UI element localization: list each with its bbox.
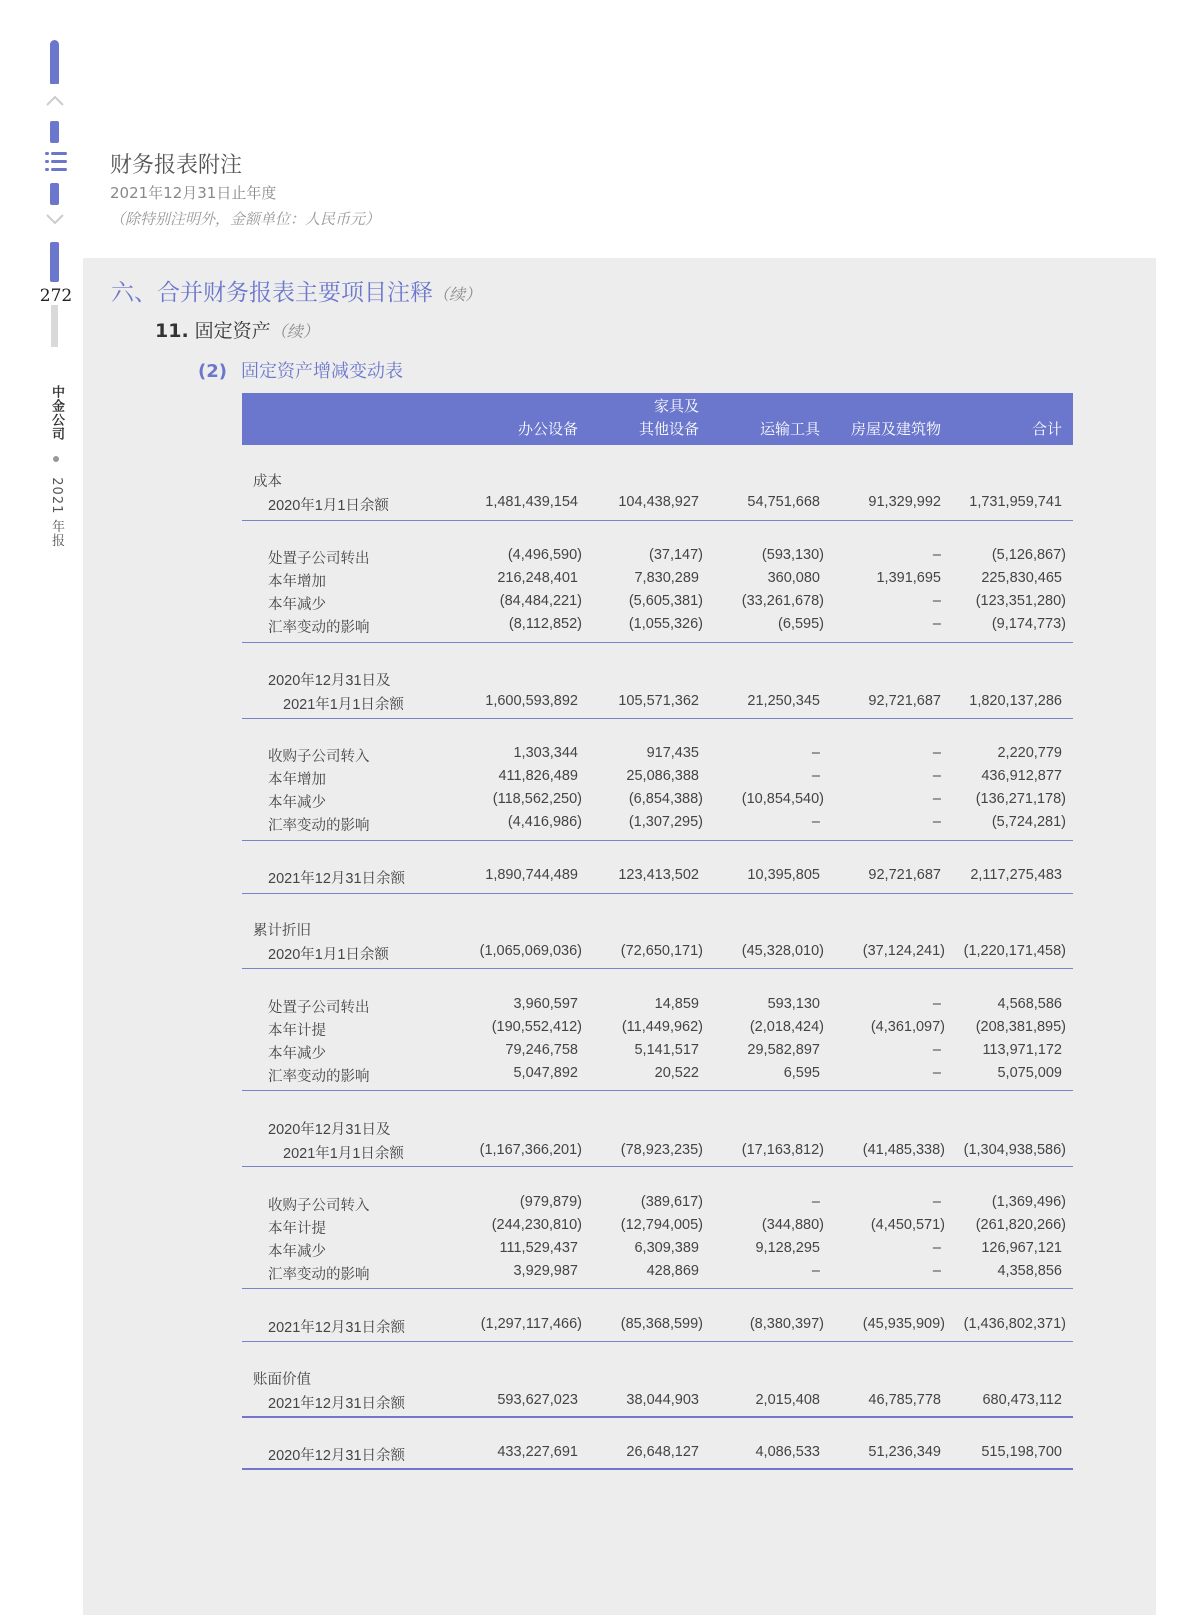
- row-label: 汇率变动的影响: [268, 616, 370, 637]
- row-label: 2021年1月1日余额: [283, 1142, 404, 1163]
- subsection-heading: 11.固定资产（续）: [155, 316, 319, 343]
- cell-value: (1,065,069,036): [480, 943, 582, 959]
- table-row: 处置子公司转出3,960,59714,859593,130–4,568,586: [242, 996, 1073, 1018]
- row-divider: [242, 893, 1073, 894]
- table-row: 2020年1月1日余额(1,065,069,036)(72,650,171)(4…: [242, 943, 1073, 965]
- table-row: 本年增加216,248,4017,830,289360,0801,391,695…: [242, 570, 1073, 592]
- nav-rail-segment: [50, 183, 59, 205]
- table-row: 2020年1月1日余额1,481,439,154104,438,92754,75…: [242, 494, 1073, 516]
- column-header-total: 合计: [1032, 419, 1062, 441]
- separator-dot: [53, 456, 59, 462]
- cell-value: (261,820,266): [976, 1217, 1066, 1233]
- cell-value: 593,130: [768, 996, 820, 1012]
- row-label: 本年减少: [268, 593, 326, 614]
- row-divider: [242, 1341, 1073, 1342]
- cell-value: 4,358,856: [997, 1263, 1062, 1279]
- cell-value: (6,854,388): [629, 791, 703, 807]
- cell-value: 6,595: [784, 1065, 820, 1081]
- row-divider: [242, 1090, 1073, 1091]
- row-label: 收购子公司转入: [268, 745, 370, 766]
- table-row: 汇率变动的影响3,929,987428,869––4,358,856: [242, 1263, 1073, 1285]
- cell-value: 1,600,593,892: [485, 693, 578, 709]
- table-row: 2020年12月31日及: [242, 1118, 1073, 1140]
- table-row: 本年减少(118,562,250)(6,854,388)(10,854,540)…: [242, 791, 1073, 813]
- cell-value: 25,086,388: [626, 768, 699, 784]
- table-row: 2021年1月1日余额1,600,593,892105,571,36221,25…: [242, 693, 1073, 715]
- table-row: 2021年1月1日余额(1,167,366,201)(78,923,235)(1…: [242, 1142, 1073, 1164]
- cell-value: (1,307,295): [629, 814, 703, 830]
- table-row: 汇率变动的影响5,047,89220,5226,595–5,075,009: [242, 1065, 1073, 1087]
- cell-value: 46,785,778: [868, 1392, 941, 1408]
- row-label: 2021年1月1日余额: [283, 693, 404, 714]
- row-label: 本年计提: [268, 1019, 326, 1040]
- table-row: 2021年12月31日余额593,627,02338,044,9032,015,…: [242, 1392, 1073, 1414]
- cell-value: (1,369,496): [992, 1194, 1066, 1210]
- cell-value: (78,923,235): [621, 1142, 703, 1158]
- table-section-row: 账面价值: [242, 1368, 1073, 1390]
- row-label: 2020年12月31日余额: [268, 1444, 405, 1465]
- table-row: 汇率变动的影响(8,112,852)(1,055,326)(6,595)–(9,…: [242, 616, 1073, 638]
- row-label: 本年减少: [268, 1240, 326, 1261]
- cell-value: (45,935,909): [863, 1316, 945, 1332]
- cell-value: –: [933, 745, 941, 761]
- row-divider: [242, 642, 1073, 643]
- row-label: 账面价值: [253, 1368, 311, 1389]
- cell-value: 1,481,439,154: [485, 494, 578, 510]
- cell-value: –: [812, 814, 820, 830]
- cell-value: (37,147): [649, 547, 703, 563]
- cell-value: 92,721,687: [868, 693, 941, 709]
- row-label: 2021年12月31日余额: [268, 1392, 405, 1413]
- cell-value: (2,018,424): [750, 1019, 824, 1035]
- column-header-furniture-line1: 家具及: [654, 396, 699, 418]
- table-row: 2021年12月31日余额1,890,744,489123,413,50210,…: [242, 867, 1073, 889]
- table-heading: (2)固定资产增减变动表: [198, 357, 403, 383]
- cell-value: 1,391,695: [876, 570, 941, 586]
- table-row: 2021年12月31日余额(1,297,117,466)(85,368,599)…: [242, 1316, 1073, 1338]
- row-label: 本年增加: [268, 768, 326, 789]
- row-label: 成本: [253, 470, 282, 491]
- column-header-vehicles: 运输工具: [760, 419, 820, 441]
- report-name: 2021 年报: [49, 477, 64, 547]
- cell-value: (41,485,338): [863, 1142, 945, 1158]
- row-label: 2020年1月1日余额: [268, 494, 389, 515]
- cell-value: 593,627,023: [497, 1392, 578, 1408]
- table-row: 2020年12月31日及: [242, 669, 1073, 691]
- cell-value: –: [933, 814, 941, 830]
- cell-value: 5,141,517: [634, 1042, 699, 1058]
- cell-value: (1,304,938,586): [964, 1142, 1066, 1158]
- table-row: 汇率变动的影响(4,416,986)(1,307,295)––(5,724,28…: [242, 814, 1073, 836]
- table-row: 2020年12月31日余额433,227,69126,648,1274,086,…: [242, 1444, 1073, 1466]
- row-divider: [242, 1468, 1073, 1470]
- cell-value: (4,416,986): [508, 814, 582, 830]
- continued-label: （续）: [433, 285, 481, 304]
- table-row: 处置子公司转出(4,496,590)(37,147)(593,130)–(5,1…: [242, 547, 1073, 569]
- subsection-number: 11.: [155, 320, 189, 342]
- cell-value: (4,450,571): [871, 1217, 945, 1233]
- cell-value: 113,971,172: [982, 1042, 1062, 1058]
- cell-value: (45,328,010): [742, 943, 824, 959]
- cell-value: 5,047,892: [513, 1065, 578, 1081]
- chevron-up-icon[interactable]: [44, 90, 66, 112]
- column-header-furniture-line2: 其他设备: [639, 419, 699, 441]
- cell-value: (4,496,590): [508, 547, 582, 563]
- cell-value: –: [812, 1194, 820, 1210]
- cell-value: 1,820,137,286: [969, 693, 1062, 709]
- cell-value: 126,967,121: [981, 1240, 1062, 1256]
- row-label: 汇率变动的影响: [268, 814, 370, 835]
- row-label: 2020年12月31日及: [268, 669, 391, 690]
- nav-rail-progress: [51, 305, 58, 347]
- row-label: 本年增加: [268, 570, 326, 591]
- row-label: 处置子公司转出: [268, 996, 370, 1017]
- row-divider: [242, 1416, 1073, 1418]
- cell-value: 91,329,992: [868, 494, 941, 510]
- row-label: 2021年12月31日余额: [268, 867, 405, 888]
- cell-value: (10,854,540): [742, 791, 824, 807]
- row-label: 收购子公司转入: [268, 1194, 370, 1215]
- cell-value: 3,960,597: [513, 996, 578, 1012]
- cell-value: (5,126,867): [992, 547, 1066, 563]
- table-row: 本年计提(244,230,810)(12,794,005)(344,880)(4…: [242, 1217, 1073, 1239]
- cell-value: 4,568,586: [997, 996, 1062, 1012]
- cell-value: 225,830,465: [981, 570, 1062, 586]
- cell-value: 5,075,009: [997, 1065, 1062, 1081]
- nav-rail-segment: [50, 121, 59, 143]
- cell-value: (136,271,178): [976, 791, 1066, 807]
- table-row: 本年减少79,246,7585,141,51729,582,897–113,97…: [242, 1042, 1073, 1064]
- cell-value: 1,890,744,489: [485, 867, 578, 883]
- row-divider: [242, 1166, 1073, 1167]
- table-row: 收购子公司转入(979,879)(389,617)––(1,369,496): [242, 1194, 1073, 1216]
- table-heading-text: 固定资产增减变动表: [241, 361, 403, 382]
- row-label: 本年减少: [268, 1042, 326, 1063]
- row-label: 2020年1月1日余额: [268, 943, 389, 964]
- cell-value: (244,230,810): [492, 1217, 582, 1233]
- cell-value: –: [812, 745, 820, 761]
- cell-value: (9,174,773): [992, 616, 1066, 632]
- row-divider: [242, 840, 1073, 841]
- cell-value: 104,438,927: [618, 494, 699, 510]
- cell-value: 29,582,897: [747, 1042, 820, 1058]
- cell-value: (8,112,852): [509, 616, 582, 632]
- cell-value: 1,303,344: [513, 745, 578, 761]
- continued-label: （续）: [271, 322, 319, 341]
- document-unit-note: （除特别注明外，金额单位：人民币元）: [110, 208, 380, 229]
- cell-value: (208,381,895): [976, 1019, 1066, 1035]
- row-label: 2021年12月31日余额: [268, 1316, 405, 1337]
- cell-value: –: [933, 791, 941, 807]
- cell-value: –: [933, 768, 941, 784]
- chevron-down-icon[interactable]: [44, 208, 66, 230]
- row-label: 处置子公司转出: [268, 547, 370, 568]
- cell-value: 26,648,127: [626, 1444, 699, 1460]
- cell-value: (190,552,412): [492, 1019, 582, 1035]
- table-section-row: 成本: [242, 470, 1073, 492]
- cell-value: –: [933, 1065, 941, 1081]
- cell-value: (33,261,678): [742, 593, 824, 609]
- cell-value: 51,236,349: [868, 1444, 941, 1460]
- cell-value: 92,721,687: [868, 867, 941, 883]
- row-divider: [242, 1288, 1073, 1289]
- cell-value: 38,044,903: [626, 1392, 699, 1408]
- cell-value: (344,880): [762, 1217, 824, 1233]
- document-period: 2021年12月31日止年度: [110, 182, 276, 203]
- row-divider: [242, 718, 1073, 719]
- cell-value: 216,248,401: [497, 570, 578, 586]
- cell-value: 360,080: [768, 570, 820, 586]
- row-label: 累计折旧: [253, 919, 311, 940]
- cell-value: (118,562,250): [493, 791, 582, 807]
- document-title: 财务报表附注: [110, 148, 242, 179]
- cell-value: (5,605,381): [629, 593, 703, 609]
- cell-value: 411,826,489: [498, 768, 578, 784]
- cell-value: 105,571,362: [618, 693, 699, 709]
- column-header-office-equipment: 办公设备: [518, 419, 578, 441]
- cell-value: –: [933, 1240, 941, 1256]
- cell-value: –: [933, 547, 941, 563]
- section-heading-text: 六、合并财务报表主要项目注释: [111, 280, 433, 306]
- cell-value: (17,163,812): [742, 1142, 824, 1158]
- cell-value: (1,055,326): [629, 616, 703, 632]
- cell-value: 14,859: [655, 996, 699, 1012]
- cell-value: (12,794,005): [621, 1217, 703, 1233]
- cell-value: 111,529,437: [500, 1240, 578, 1256]
- cell-value: (593,130): [762, 547, 824, 563]
- fixed-assets-table: 办公设备 家具及 其他设备 运输工具 房屋及建筑物 合计 成本2020年1月1日…: [242, 393, 1073, 445]
- cell-value: (37,124,241): [863, 943, 945, 959]
- row-label: 汇率变动的影响: [268, 1263, 370, 1284]
- cell-value: (1,167,366,201): [480, 1142, 582, 1158]
- cell-value: 20,522: [655, 1065, 699, 1081]
- table-row: 本年减少111,529,4376,309,3899,128,295–126,96…: [242, 1240, 1073, 1262]
- cell-value: 2,220,779: [997, 745, 1062, 761]
- cell-value: 54,751,668: [747, 494, 820, 510]
- row-label: 汇率变动的影响: [268, 1065, 370, 1086]
- cell-value: 436,912,877: [981, 768, 1062, 784]
- cell-value: 428,869: [647, 1263, 699, 1279]
- cell-value: (72,650,171): [621, 943, 703, 959]
- cell-value: 1,731,959,741: [969, 494, 1062, 510]
- cell-value: (4,361,097): [871, 1019, 945, 1035]
- cell-value: 2,015,408: [755, 1392, 820, 1408]
- cell-value: 515,198,700: [981, 1444, 1062, 1460]
- table-section-row: 累计折旧: [242, 919, 1073, 941]
- cell-value: (5,724,281): [992, 814, 1066, 830]
- row-label: 本年减少: [268, 791, 326, 812]
- company-name: 中金公司: [49, 385, 64, 441]
- subsection-heading-text: 固定资产: [195, 320, 271, 342]
- cell-value: (85,368,599): [621, 1316, 703, 1332]
- cell-value: (1,297,117,466): [481, 1316, 582, 1332]
- table-row: 本年计提(190,552,412)(11,449,962)(2,018,424)…: [242, 1019, 1073, 1041]
- section-heading: 六、合并财务报表主要项目注释（续）: [111, 274, 481, 307]
- cell-value: 680,473,112: [982, 1392, 1062, 1408]
- cell-value: 123,413,502: [618, 867, 699, 883]
- nav-rail-segment: [50, 40, 59, 84]
- cell-value: –: [812, 1263, 820, 1279]
- cell-value: 6,309,389: [634, 1240, 699, 1256]
- cell-value: (6,595): [778, 616, 824, 632]
- cell-value: 7,830,289: [634, 570, 699, 586]
- nav-rail-segment: [50, 242, 59, 282]
- table-row: 本年减少(84,484,221)(5,605,381)(33,261,678)–…: [242, 593, 1073, 615]
- cell-value: (1,220,171,458): [964, 943, 1066, 959]
- table-row: 收购子公司转入1,303,344917,435––2,220,779: [242, 745, 1073, 767]
- cell-value: (8,380,397): [750, 1316, 824, 1332]
- cell-value: 917,435: [647, 745, 699, 761]
- cell-value: 79,246,758: [505, 1042, 578, 1058]
- row-divider: [242, 520, 1073, 521]
- cell-value: (1,436,802,371): [964, 1316, 1066, 1332]
- cell-value: 3,929,987: [513, 1263, 578, 1279]
- row-divider: [242, 968, 1073, 969]
- cell-value: –: [933, 593, 941, 609]
- cell-value: 9,128,295: [755, 1240, 820, 1256]
- cell-value: (123,351,280): [976, 593, 1066, 609]
- cell-value: –: [933, 1042, 941, 1058]
- table-header: 办公设备 家具及 其他设备 运输工具 房屋及建筑物 合计: [242, 393, 1073, 445]
- table-number: (2): [198, 361, 227, 382]
- cell-value: –: [933, 1263, 941, 1279]
- cell-value: (11,449,962): [622, 1019, 703, 1035]
- cell-value: (84,484,221): [500, 593, 582, 609]
- cell-value: (979,879): [520, 1194, 582, 1210]
- cell-value: 10,395,805: [747, 867, 820, 883]
- table-row: 本年增加411,826,48925,086,388––436,912,877: [242, 768, 1073, 790]
- cell-value: (389,617): [641, 1194, 703, 1210]
- cell-value: 2,117,275,483: [970, 867, 1062, 883]
- table-of-contents-icon[interactable]: [45, 150, 67, 174]
- column-header-buildings: 房屋及建筑物: [851, 419, 941, 441]
- row-label: 本年计提: [268, 1217, 326, 1238]
- cell-value: –: [812, 768, 820, 784]
- cell-value: 433,227,691: [497, 1444, 578, 1460]
- cell-value: –: [933, 1194, 941, 1210]
- page-number: 272: [38, 286, 74, 306]
- vertical-brand: 中金公司 2021 年报: [47, 385, 66, 548]
- cell-value: 4,086,533: [755, 1444, 820, 1460]
- cell-value: 21,250,345: [747, 693, 820, 709]
- cell-value: –: [933, 996, 941, 1012]
- row-label: 2020年12月31日及: [268, 1118, 391, 1139]
- cell-value: –: [933, 616, 941, 632]
